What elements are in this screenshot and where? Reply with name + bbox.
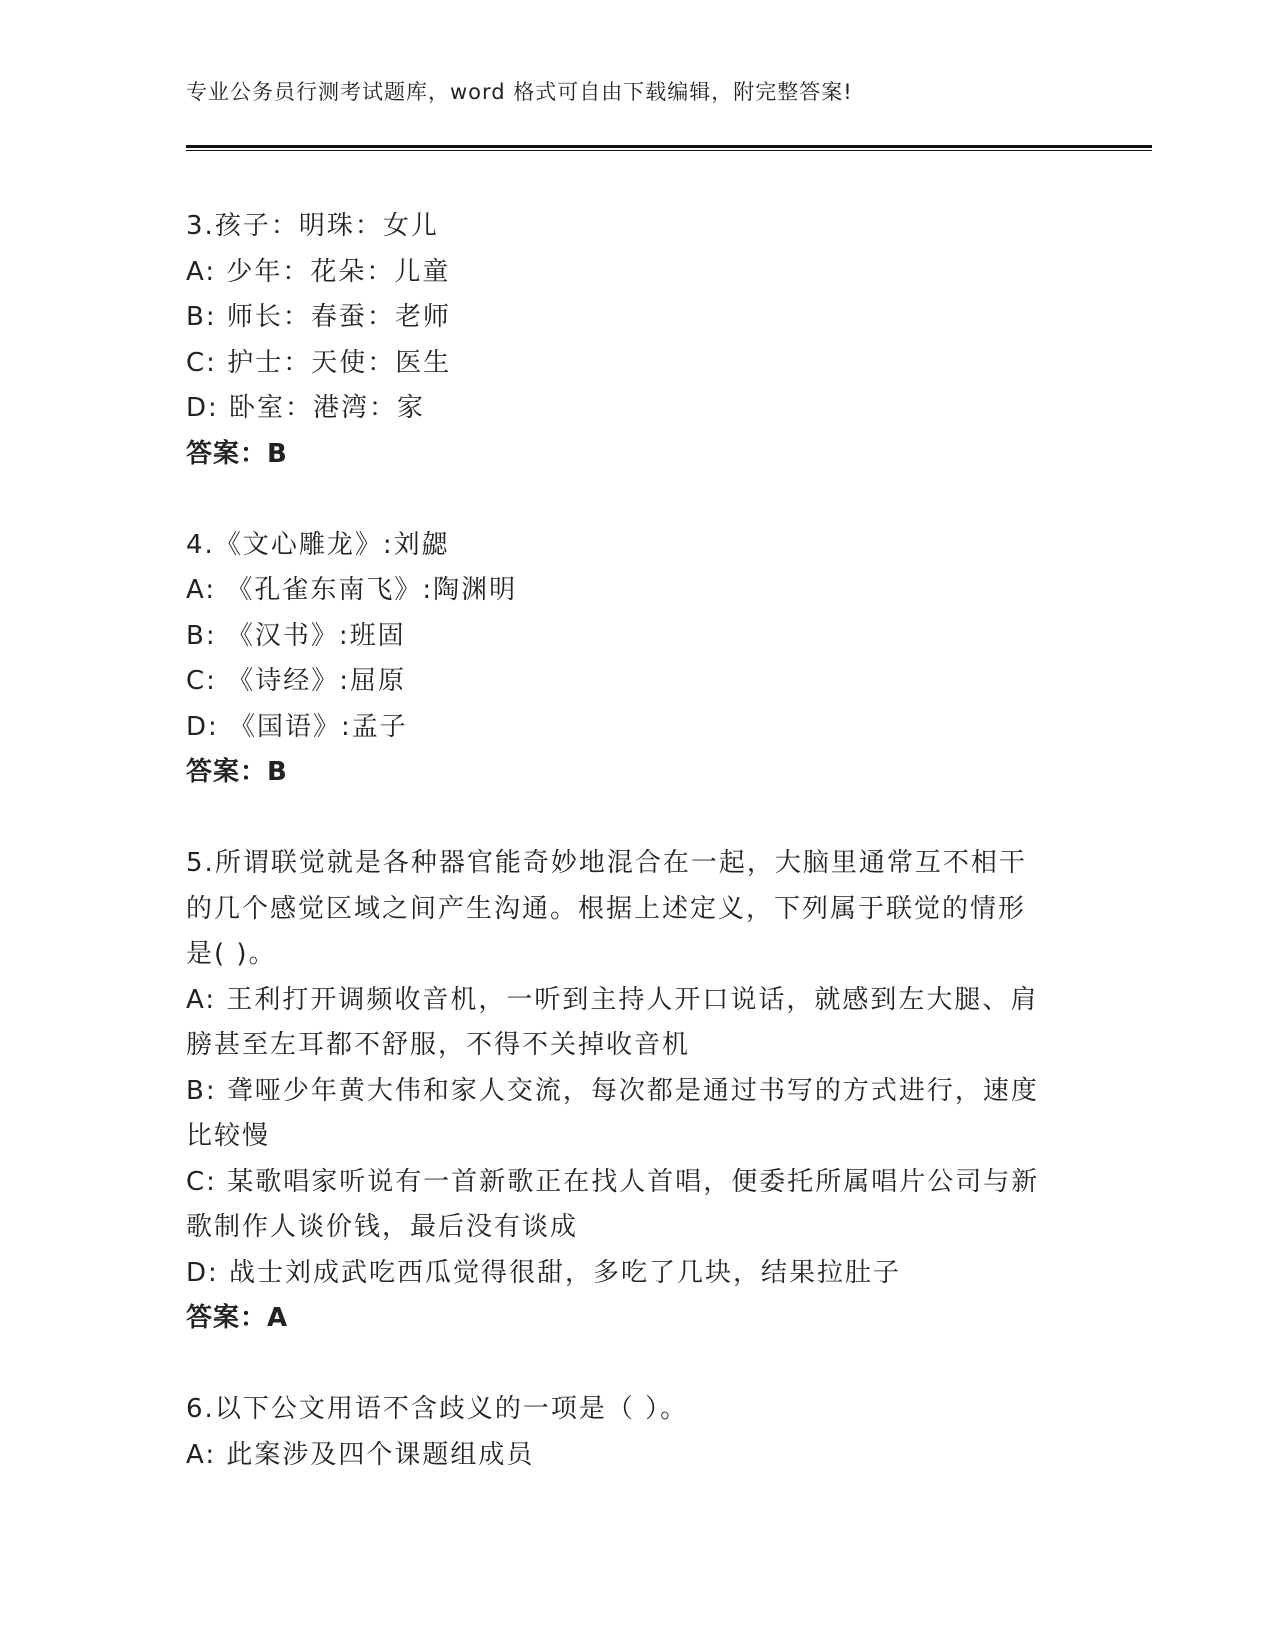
option-d: D: 《国语》:孟子 [186, 705, 1066, 751]
question-stem-line-3: 是( )。 [186, 932, 1066, 978]
answer: 答案：A [186, 1296, 1066, 1342]
question-stem: 4.《文心雕龙》:刘勰 [186, 523, 1066, 569]
option-a: A: 《孔雀东南飞》:陶渊明 [186, 568, 1066, 614]
option-d: D: 卧室：港湾：家 [186, 386, 1066, 432]
page-header: 专业公务员行测考试题库，word 格式可自由下载编辑，附完整答案! [186, 76, 853, 106]
question-3: 3.孩子：明珠：女儿 A: 少年：花朵：儿童 B: 师长：春蚕：老师 C: 护士… [186, 204, 1066, 477]
option-b: B: 《汉书》:班固 [186, 614, 1066, 660]
option-b-cont: 比较慢 [186, 1114, 1066, 1160]
option-c: C: 某歌唱家听说有一首新歌正在找人首唱，便委托所属唱片公司与新 [186, 1160, 1066, 1206]
document-body: 3.孩子：明珠：女儿 A: 少年：花朵：儿童 B: 师长：春蚕：老师 C: 护士… [186, 204, 1066, 1478]
option-d: D: 战士刘成武吃西瓜觉得很甜，多吃了几块，结果拉肚子 [186, 1251, 1066, 1297]
question-stem-line-1: 5.所谓联觉就是各种器官能奇妙地混合在一起，大脑里通常互不相干 [186, 841, 1066, 887]
answer: 答案：B [186, 750, 1066, 796]
question-stem: 3.孩子：明珠：女儿 [186, 204, 1066, 250]
question-stem: 6.以下公文用语不含歧义的一项是（ ）。 [186, 1387, 1066, 1433]
option-c: C: 护士：天使：医生 [186, 341, 1066, 387]
answer: 答案：B [186, 432, 1066, 478]
option-c-cont: 歌制作人谈价钱，最后没有谈成 [186, 1205, 1066, 1251]
option-a: A: 少年：花朵：儿童 [186, 250, 1066, 296]
option-b: B: 师长：春蚕：老师 [186, 295, 1066, 341]
option-a-cont: 膀甚至左耳都不舒服，不得不关掉收音机 [186, 1023, 1066, 1069]
header-divider [186, 145, 1152, 151]
option-a: A: 王利打开调频收音机，一听到主持人开口说话，就感到左大腿、肩 [186, 978, 1066, 1024]
question-6: 6.以下公文用语不含歧义的一项是（ ）。 A: 此案涉及四个课题组成员 [186, 1387, 1066, 1478]
question-4: 4.《文心雕龙》:刘勰 A: 《孔雀东南飞》:陶渊明 B: 《汉书》:班固 C:… [186, 523, 1066, 796]
question-stem-line-2: 的几个感觉区域之间产生沟通。根据上述定义，下列属于联觉的情形 [186, 887, 1066, 933]
option-a: A: 此案涉及四个课题组成员 [186, 1433, 1066, 1479]
option-c: C: 《诗经》:屈原 [186, 659, 1066, 705]
question-5: 5.所谓联觉就是各种器官能奇妙地混合在一起，大脑里通常互不相干 的几个感觉区域之… [186, 841, 1066, 1342]
option-b: B: 聋哑少年黄大伟和家人交流，每次都是通过书写的方式进行，速度 [186, 1069, 1066, 1115]
